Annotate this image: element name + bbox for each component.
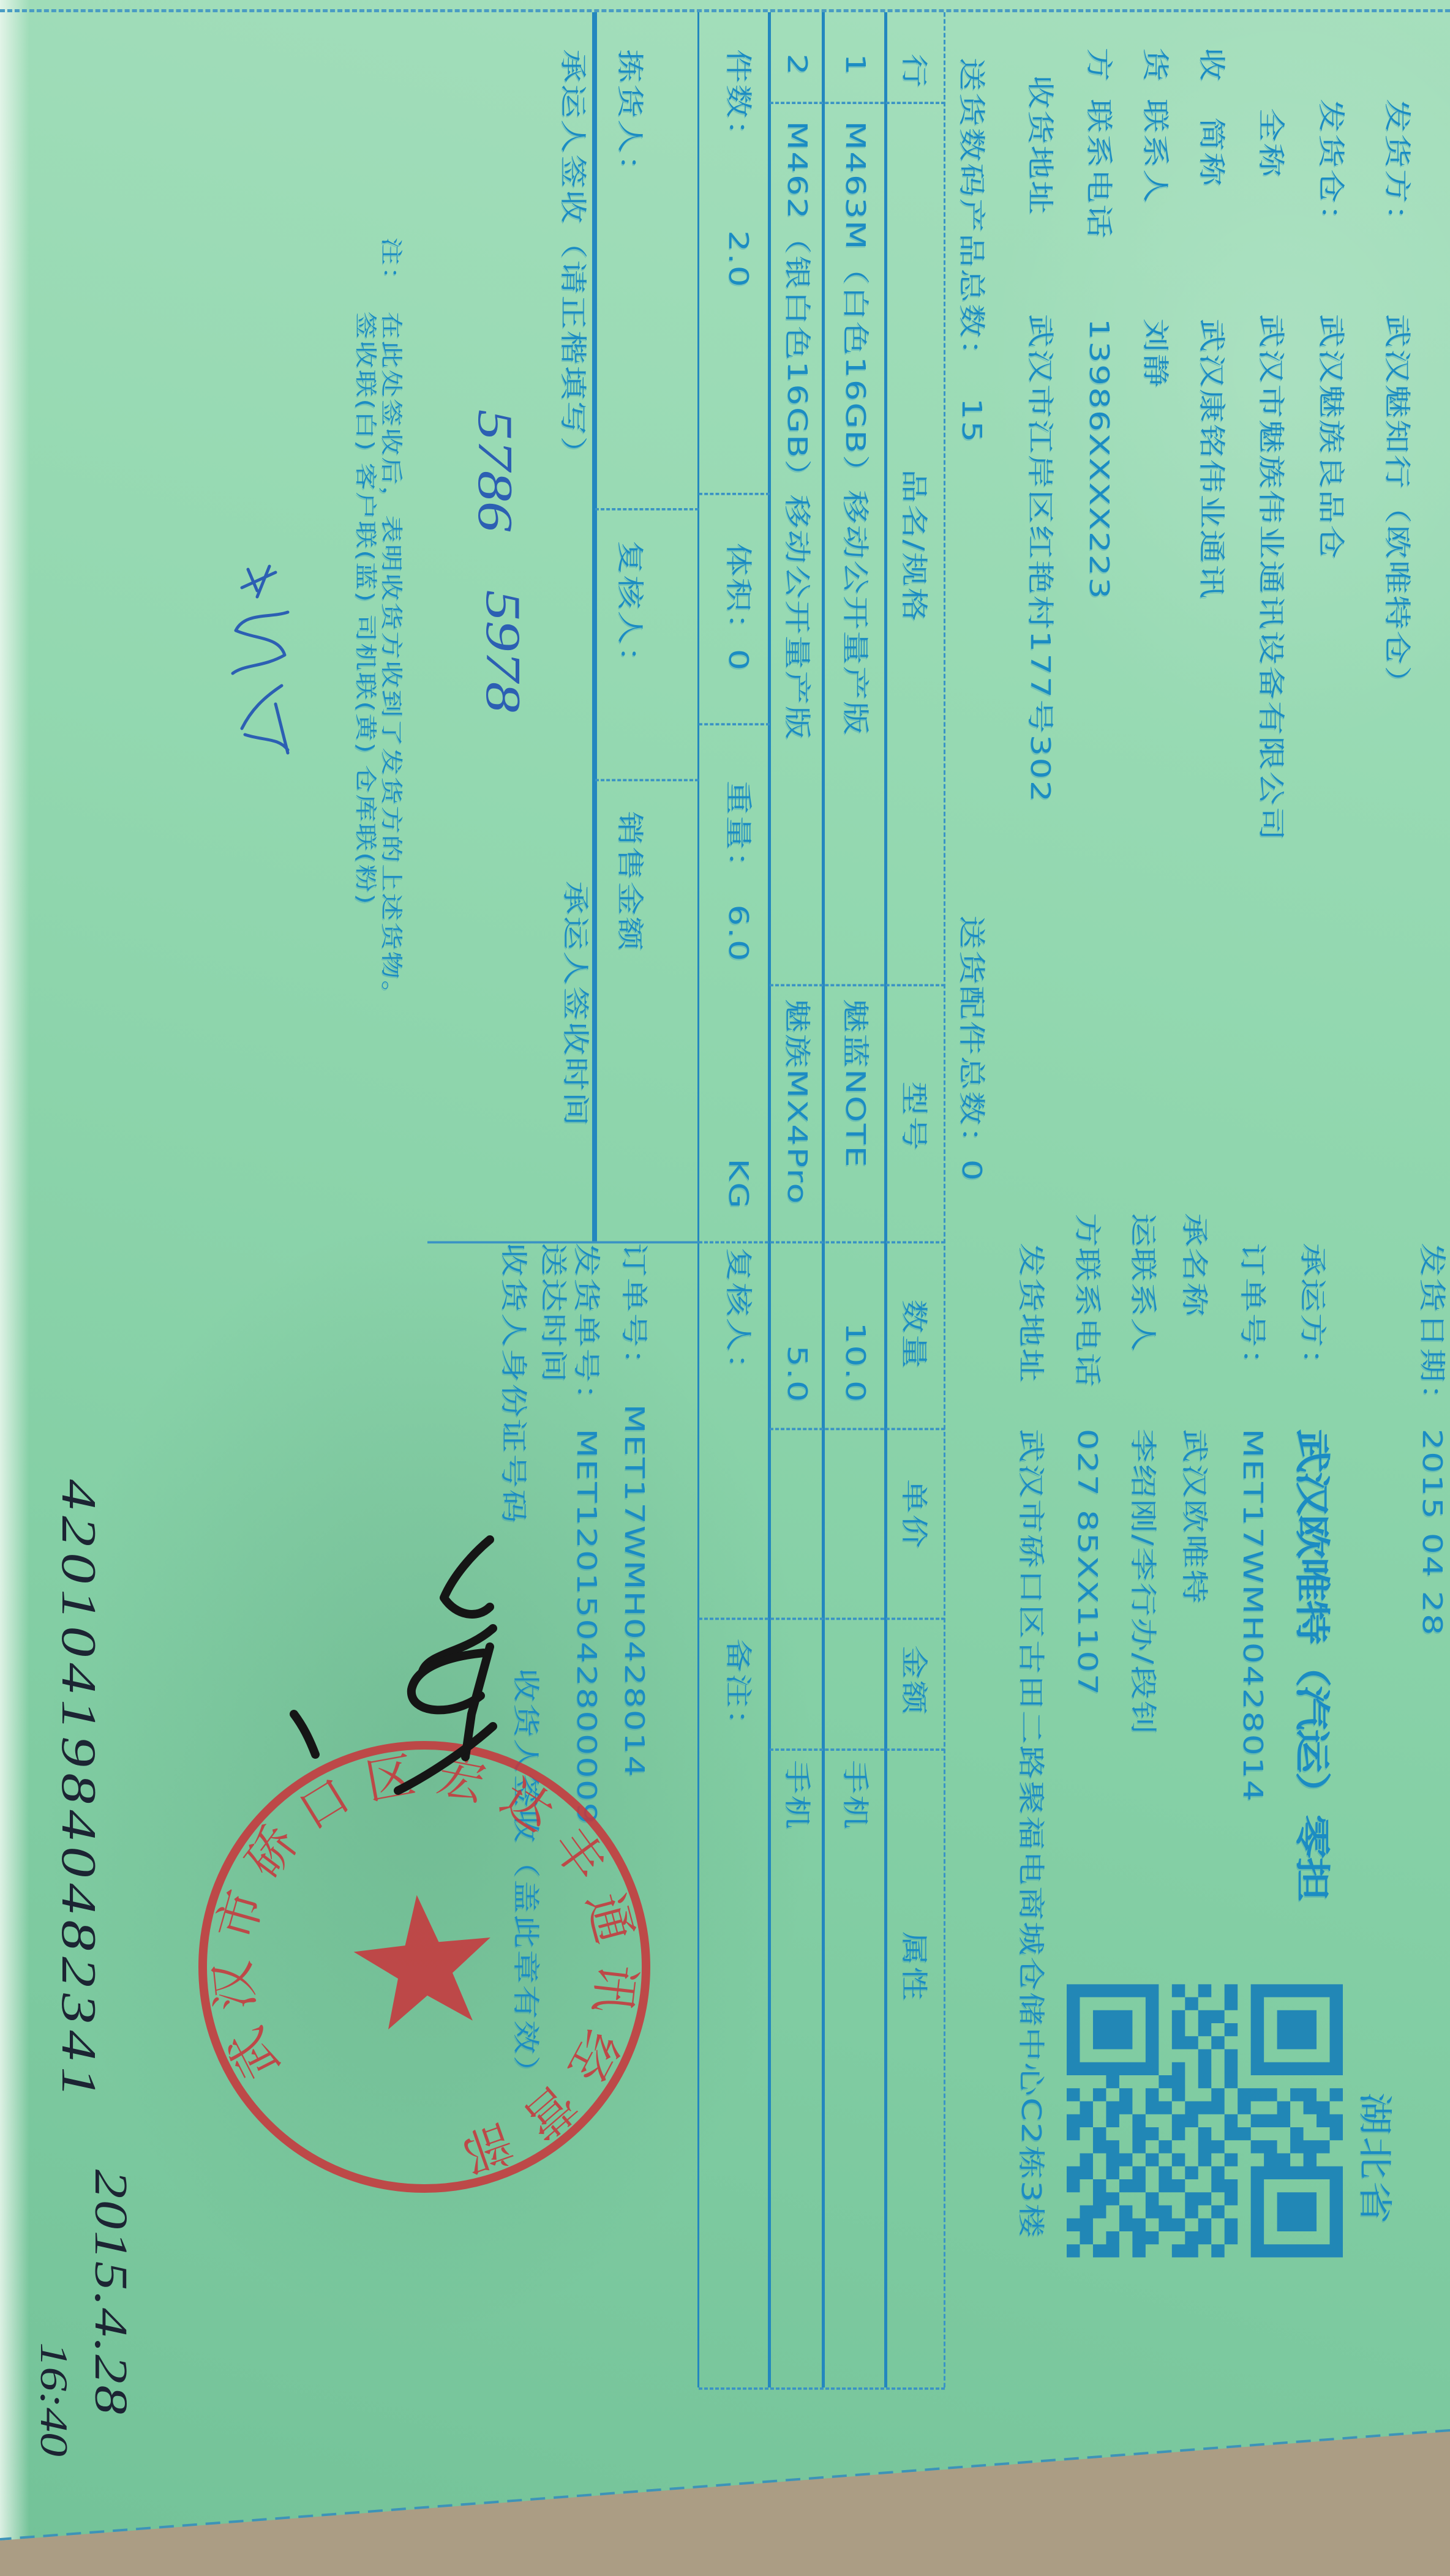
star-icon — [354, 1895, 490, 2030]
blue-signature — [233, 566, 288, 753]
table-surface — [0, 2432, 1450, 2576]
photo-overlay: 武汉市硚口区宏达丰通讯经营部 — [0, 0, 1450, 2576]
company-stamp: 武汉市硚口区宏达丰通讯经营部 — [203, 1745, 646, 2188]
